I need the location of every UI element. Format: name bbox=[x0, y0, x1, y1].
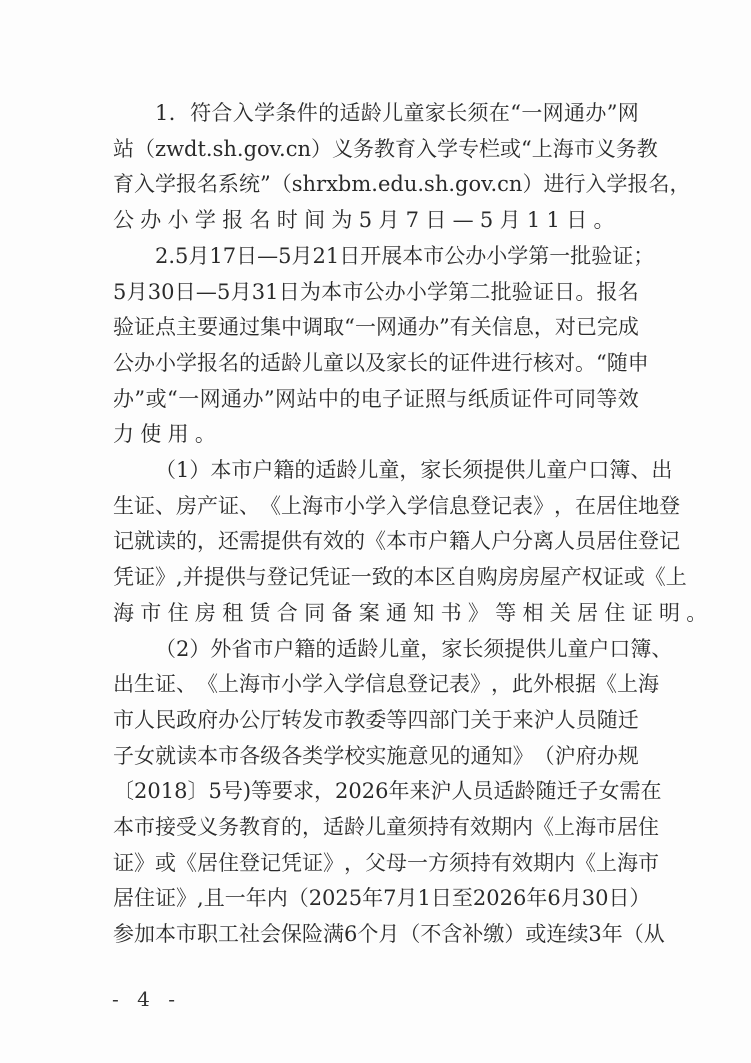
text-glyph: 籍 bbox=[294, 634, 315, 664]
text-glyph: 提 bbox=[260, 526, 281, 556]
text-glyph: 适 bbox=[260, 348, 281, 378]
text-glyph: 居 bbox=[617, 812, 638, 842]
text-glyph: 记 bbox=[659, 526, 680, 556]
text-glyph: 日 bbox=[175, 277, 196, 307]
text-glyph: 门 bbox=[450, 705, 471, 735]
text-glyph: 证 bbox=[113, 848, 134, 878]
text-glyph: 员 bbox=[575, 526, 596, 556]
text-glyph: 与 bbox=[246, 562, 267, 592]
text-glyph: 对 bbox=[555, 312, 576, 342]
text-glyph: ） bbox=[504, 919, 525, 949]
text-glyph: 供 bbox=[281, 526, 302, 556]
text-glyph: 市 bbox=[231, 455, 252, 485]
text-glyph: “ bbox=[344, 312, 355, 342]
text-glyph: 长 bbox=[462, 634, 483, 664]
text-glyph: 部 bbox=[428, 705, 449, 735]
text-glyph: ） bbox=[189, 455, 210, 485]
text-glyph: 学 bbox=[437, 134, 458, 164]
text-glyph: 月 bbox=[188, 241, 209, 271]
text-glyph: ， bbox=[534, 312, 555, 342]
text-glyph: 二 bbox=[469, 277, 490, 307]
text-glyph: 在 bbox=[575, 491, 596, 521]
text-glyph: 2025 bbox=[309, 883, 362, 913]
text-glyph: 证 bbox=[612, 241, 633, 271]
text-glyph: 教 bbox=[239, 812, 260, 842]
text-glyph: 分 bbox=[512, 526, 533, 556]
text-glyph: 儿 bbox=[546, 634, 567, 664]
text-glyph: 记 bbox=[113, 526, 134, 556]
text-glyph: 信 bbox=[428, 491, 449, 521]
text-glyph: 加 bbox=[134, 919, 155, 949]
text-glyph: 《 bbox=[260, 491, 281, 521]
text-glyph: 府 bbox=[576, 741, 597, 771]
text-glyph: 龄 bbox=[336, 455, 357, 485]
text-glyph: 行 bbox=[564, 169, 585, 199]
text-glyph: 批 bbox=[491, 277, 512, 307]
text-glyph: 》 bbox=[513, 741, 534, 771]
text-glyph: 簿 bbox=[609, 455, 630, 485]
text-glyph: 个 bbox=[357, 919, 378, 949]
text-glyph: 上 bbox=[666, 562, 687, 592]
text-glyph: 或 bbox=[624, 562, 645, 592]
text-glyph: 本 bbox=[197, 741, 218, 771]
text-glyph: 验 bbox=[512, 277, 533, 307]
text-glyph: 适 bbox=[493, 776, 514, 806]
text-glyph: 申 bbox=[628, 348, 649, 378]
text-glyph: 30 bbox=[148, 277, 175, 307]
text-glyph: ， bbox=[344, 848, 365, 878]
text-glyph: 海 bbox=[553, 134, 574, 164]
text-glyph: ， bbox=[197, 526, 218, 556]
text-glyph: 补 bbox=[462, 919, 483, 949]
text-glyph: 购 bbox=[477, 562, 498, 592]
text-glyph: 人 bbox=[470, 526, 491, 556]
text-glyph: 证 bbox=[449, 348, 470, 378]
text-glyph: 上 bbox=[218, 669, 239, 699]
text-glyph: 外 bbox=[533, 669, 554, 699]
text-glyph: 证 bbox=[134, 562, 155, 592]
text-glyph: 证 bbox=[511, 384, 532, 414]
text-line: 子女就读本市各级各类学校实施意见的通知》（沪府办规 bbox=[113, 741, 639, 771]
text-glyph: 名 bbox=[648, 169, 669, 199]
text-line: 证》或《居住登记凭证》，父母一方须持有效期内《上海市 bbox=[113, 848, 639, 878]
text-glyph: 同 bbox=[575, 384, 596, 414]
text-glyph: 入 bbox=[233, 98, 254, 128]
text-glyph: 社 bbox=[239, 919, 260, 949]
text-glyph: 学 bbox=[606, 169, 627, 199]
text-glyph: 办 bbox=[465, 241, 486, 271]
text-glyph: 育 bbox=[260, 812, 281, 842]
text-glyph: 知 bbox=[492, 741, 513, 771]
text-glyph: 读 bbox=[155, 526, 176, 556]
text-glyph: 月 bbox=[292, 241, 313, 271]
text-glyph: 内 bbox=[512, 812, 533, 842]
text-glyph: 栏 bbox=[479, 134, 500, 164]
text-glyph: ） bbox=[629, 883, 650, 913]
text-glyph: 子 bbox=[577, 776, 598, 806]
text-glyph: 家 bbox=[441, 634, 462, 664]
text-glyph: 中 bbox=[281, 312, 302, 342]
text-glyph: 童 bbox=[386, 812, 407, 842]
text-glyph: 务 bbox=[353, 134, 374, 164]
text-glyph: 的 bbox=[344, 526, 365, 556]
text-glyph: 。 bbox=[575, 277, 596, 307]
text-glyph: 女 bbox=[134, 741, 155, 771]
text-glyph: 见 bbox=[428, 741, 449, 771]
text-glyph: 育 bbox=[395, 134, 416, 164]
text-glyph: 产 bbox=[561, 562, 582, 592]
text-glyph: 市 bbox=[342, 277, 363, 307]
text-glyph: 来 bbox=[409, 776, 430, 806]
text-glyph: 读 bbox=[176, 741, 197, 771]
text-glyph: 市 bbox=[134, 812, 155, 842]
text-glyph: 生 bbox=[113, 491, 134, 521]
text-glyph: 此 bbox=[512, 669, 533, 699]
text-glyph: 月 bbox=[231, 277, 252, 307]
text-glyph: 教 bbox=[374, 134, 395, 164]
text-glyph: ， bbox=[669, 169, 690, 199]
text-glyph: 报 bbox=[197, 348, 218, 378]
text-glyph: 龄 bbox=[514, 776, 535, 806]
text-glyph: 公 bbox=[444, 241, 465, 271]
text-glyph: 校 bbox=[344, 741, 365, 771]
text-glyph: 父 bbox=[365, 848, 386, 878]
text-glyph: ， bbox=[399, 455, 420, 485]
text-glyph: ” bbox=[439, 312, 450, 342]
text-glyph: 儿 bbox=[357, 455, 378, 485]
text-glyph: 登 bbox=[239, 848, 260, 878]
text-glyph: 5 bbox=[208, 776, 221, 806]
text-glyph: 《 bbox=[197, 669, 218, 699]
text-glyph: 就 bbox=[155, 741, 176, 771]
text-glyph: 义 bbox=[197, 812, 218, 842]
text-glyph: 儿 bbox=[378, 634, 399, 664]
text-glyph: 公 bbox=[363, 277, 384, 307]
text-glyph: （ bbox=[534, 741, 555, 771]
text-glyph: 童 bbox=[399, 634, 420, 664]
text-glyph: 《 bbox=[596, 669, 617, 699]
text-glyph: 办 bbox=[385, 277, 406, 307]
text-glyph: 家 bbox=[425, 98, 446, 128]
text-glyph: 满 bbox=[323, 919, 344, 949]
text-glyph: 口 bbox=[609, 634, 630, 664]
text-glyph: ， bbox=[302, 812, 323, 842]
text-glyph: 网 bbox=[543, 98, 564, 128]
text-glyph: 须 bbox=[449, 848, 470, 878]
text-glyph: 居 bbox=[113, 883, 134, 913]
text-glyph: 质 bbox=[489, 384, 510, 414]
text-glyph: 童 bbox=[546, 455, 567, 485]
text-glyph: 、 bbox=[651, 634, 672, 664]
text-glyph: 1 bbox=[418, 883, 431, 913]
text-glyph: 月 bbox=[397, 883, 418, 913]
text-glyph: ） bbox=[189, 634, 210, 664]
text-glyph: — bbox=[257, 241, 278, 271]
text-glyph: 户 bbox=[491, 526, 512, 556]
text-glyph: 随 bbox=[607, 348, 628, 378]
text-glyph: 转 bbox=[281, 705, 302, 735]
text-glyph: 核 bbox=[533, 348, 554, 378]
text-glyph: 证 bbox=[330, 562, 351, 592]
text-line: 〔2018〕5号)等要求，2026年来沪人员适龄随迁子女需在 bbox=[113, 776, 639, 806]
text-glyph: 长 bbox=[446, 98, 467, 128]
text-glyph: 照 bbox=[425, 384, 446, 414]
text-glyph: 长 bbox=[407, 348, 428, 378]
text-glyph: 学 bbox=[155, 169, 176, 199]
text-glyph: 1 bbox=[176, 455, 189, 485]
text-glyph: 日 bbox=[279, 277, 300, 307]
text-glyph: 电 bbox=[361, 384, 382, 414]
text-glyph: 须 bbox=[407, 812, 428, 842]
text-glyph: 办 bbox=[585, 98, 606, 128]
text-glyph: 义 bbox=[595, 134, 616, 164]
text-glyph: 学 bbox=[365, 491, 386, 521]
text-line: 居住证》,且一年内（2025年7月1日至2026年6月30日） bbox=[113, 883, 639, 913]
text-glyph: 入 bbox=[134, 169, 155, 199]
text-line: 办”或“一网通办”网站中的电子证照与纸质证件可同等效 bbox=[113, 384, 639, 414]
text-glyph: 政 bbox=[176, 705, 197, 735]
text-glyph: 第 bbox=[528, 241, 549, 271]
text-glyph: 适 bbox=[339, 98, 360, 128]
text-glyph: 出 bbox=[651, 455, 672, 485]
text-glyph: 迁 bbox=[618, 705, 639, 735]
text-glyph: 海 bbox=[302, 491, 323, 521]
text-glyph: 本 bbox=[210, 455, 231, 485]
text-glyph: 关 bbox=[471, 705, 492, 735]
text-glyph: 有 bbox=[450, 312, 471, 342]
text-glyph: 本 bbox=[386, 526, 407, 556]
text-glyph: 各 bbox=[239, 741, 260, 771]
text-glyph: 中 bbox=[318, 384, 339, 414]
text-glyph: 以 bbox=[344, 348, 365, 378]
text-glyph: 息 bbox=[513, 312, 534, 342]
text-glyph: 统 bbox=[239, 169, 260, 199]
text-glyph: 要 bbox=[272, 776, 293, 806]
text-glyph: 居 bbox=[596, 526, 617, 556]
text-line: 本市接受义务教育的，适龄儿童须持有效期内《上海市居住 bbox=[113, 812, 639, 842]
text-glyph: ） bbox=[522, 169, 543, 199]
text-glyph: 件 bbox=[297, 98, 318, 128]
text-glyph: 适 bbox=[336, 634, 357, 664]
text-glyph: 小 bbox=[155, 348, 176, 378]
text-glyph: 2 bbox=[176, 634, 189, 664]
text-glyph: 年 bbox=[526, 883, 547, 913]
text-glyph: 完 bbox=[597, 312, 618, 342]
text-glyph: 《 bbox=[176, 848, 197, 878]
text-glyph: 产 bbox=[197, 491, 218, 521]
text-glyph: 自 bbox=[456, 562, 477, 592]
text-line: 1．符合入学条件的适龄儿童家长须在“一网通办”网 bbox=[155, 98, 639, 128]
text-glyph: 一 bbox=[521, 98, 542, 128]
text-glyph: 登 bbox=[407, 669, 428, 699]
text-glyph: 通 bbox=[397, 312, 418, 342]
text-glyph: 发 bbox=[302, 705, 323, 735]
text-glyph: 户 bbox=[588, 634, 609, 664]
text-glyph: （ bbox=[155, 634, 176, 664]
text-glyph: 簿 bbox=[630, 634, 651, 664]
text-glyph: 凭 bbox=[281, 848, 302, 878]
text-glyph: 供 bbox=[225, 562, 246, 592]
text-glyph: （ bbox=[623, 919, 644, 949]
text-glyph: — bbox=[196, 277, 217, 307]
text-glyph: 童 bbox=[378, 455, 399, 485]
text-glyph: 至 bbox=[452, 883, 473, 913]
text-glyph: 《 bbox=[365, 526, 386, 556]
text-glyph: 凭 bbox=[113, 562, 134, 592]
text-glyph: 调 bbox=[302, 312, 323, 342]
text-glyph: 点 bbox=[155, 312, 176, 342]
text-glyph: 人 bbox=[554, 526, 575, 556]
text-glyph: 报 bbox=[627, 169, 648, 199]
text-glyph: 名 bbox=[218, 348, 239, 378]
text-glyph: 7 bbox=[383, 883, 396, 913]
text-glyph: 员 bbox=[576, 705, 597, 735]
text-glyph: 务 bbox=[218, 812, 239, 842]
text-glyph: 委 bbox=[365, 705, 386, 735]
text-glyph: 住 bbox=[218, 848, 239, 878]
text-glyph: 5 bbox=[217, 277, 230, 307]
text-glyph: 沪 bbox=[430, 776, 451, 806]
text-glyph: 名 bbox=[197, 169, 218, 199]
text-glyph: 2026 bbox=[473, 883, 526, 913]
text-glyph: 本 bbox=[113, 812, 134, 842]
text-glyph: 致 bbox=[372, 562, 393, 592]
text-glyph: 可 bbox=[554, 384, 575, 414]
text-glyph: 上 bbox=[281, 491, 302, 521]
text-glyph: 上 bbox=[617, 669, 638, 699]
text-glyph: 在 bbox=[640, 776, 661, 806]
text-line: 2.5月17日—5月21日开展本市公办小学第一批验证； bbox=[155, 241, 639, 271]
text-glyph: 本 bbox=[155, 919, 176, 949]
text-glyph: 厅 bbox=[260, 705, 281, 735]
text-glyph: 就 bbox=[134, 526, 155, 556]
text-glyph: 居 bbox=[197, 848, 218, 878]
text-glyph: 期 bbox=[491, 812, 512, 842]
text-glyph: 的 bbox=[315, 634, 336, 664]
text-glyph: ， bbox=[420, 634, 441, 664]
text-glyph: （ bbox=[155, 455, 176, 485]
text-glyph: 规 bbox=[618, 741, 639, 771]
text-glyph: 市 bbox=[323, 491, 344, 521]
text-glyph: 验 bbox=[591, 241, 612, 271]
text-glyph: 市 bbox=[252, 634, 273, 664]
text-glyph: 证 bbox=[155, 883, 176, 913]
text-glyph: 〕 bbox=[187, 776, 208, 806]
text-glyph: 6 bbox=[344, 919, 357, 949]
text-glyph: 条 bbox=[275, 98, 296, 128]
text-glyph: 办 bbox=[113, 384, 134, 414]
text-glyph: 求 bbox=[293, 776, 314, 806]
text-line: 凭证》,并提供与登记凭证一致的本区自购房房屋产权证或《上 bbox=[113, 562, 639, 592]
text-glyph: 海 bbox=[239, 669, 260, 699]
text-glyph: 的 bbox=[281, 812, 302, 842]
text-glyph: 长 bbox=[441, 455, 462, 485]
text-glyph: 展 bbox=[381, 241, 402, 271]
text-glyph: 受 bbox=[176, 812, 197, 842]
text-glyph: 的 bbox=[239, 348, 260, 378]
page-number: - 4 - bbox=[112, 986, 181, 1012]
text-glyph: 一 bbox=[178, 384, 199, 414]
text-glyph: 与 bbox=[446, 384, 467, 414]
text-glyph: 级 bbox=[260, 741, 281, 771]
text-line: 参加本市职工社会保险满6个月（不含补缴）或连续3年（从 bbox=[113, 919, 639, 949]
text-glyph: （ bbox=[399, 919, 420, 949]
text-glyph: 》 bbox=[533, 491, 554, 521]
text-glyph: 来 bbox=[513, 705, 534, 735]
text-glyph: 离 bbox=[533, 526, 554, 556]
text-glyph: 不 bbox=[420, 919, 441, 949]
text-glyph: 小 bbox=[344, 491, 365, 521]
text-glyph: ” bbox=[260, 169, 271, 199]
text-glyph: 户 bbox=[428, 526, 449, 556]
text-glyph: 日 bbox=[236, 241, 257, 271]
text-glyph: 一 bbox=[351, 562, 372, 592]
text-glyph: 口 bbox=[588, 455, 609, 485]
text-glyph: 内 bbox=[267, 883, 288, 913]
text-glyph: 权 bbox=[582, 562, 603, 592]
text-glyph: 1 bbox=[155, 98, 168, 128]
text-glyph: 对 bbox=[554, 348, 575, 378]
text-glyph: 各 bbox=[281, 741, 302, 771]
text-glyph: “ bbox=[510, 98, 521, 128]
text-glyph: 籍 bbox=[449, 526, 470, 556]
text-glyph: 住 bbox=[617, 491, 638, 521]
text-glyph: 险 bbox=[302, 919, 323, 949]
text-glyph: 籍 bbox=[273, 455, 294, 485]
text-glyph: 证 bbox=[404, 384, 425, 414]
text-glyph: 施 bbox=[386, 741, 407, 771]
text-glyph: 市 bbox=[638, 848, 659, 878]
text-glyph: 证 bbox=[603, 562, 624, 592]
text-glyph: 办 bbox=[218, 705, 239, 735]
text-glyph: ” bbox=[607, 98, 618, 128]
text-glyph: 符 bbox=[190, 98, 211, 128]
text-glyph: 市 bbox=[407, 526, 428, 556]
text-glyph: 进 bbox=[491, 348, 512, 378]
text-glyph: 府 bbox=[197, 705, 218, 735]
text-glyph: 网 bbox=[275, 384, 296, 414]
text-glyph: 家 bbox=[420, 455, 441, 485]
text-glyph: , bbox=[176, 562, 183, 592]
text-glyph: 一 bbox=[407, 848, 428, 878]
text-line: 育入学报名系统”（shrxbm.edu.sh.gov.cn）进行入学报名， bbox=[113, 169, 639, 199]
text-glyph: 需 bbox=[239, 526, 260, 556]
text-glyph: 证 bbox=[533, 277, 554, 307]
text-glyph: 市 bbox=[423, 241, 444, 271]
text-glyph: 据 bbox=[575, 669, 596, 699]
text-glyph: 或 bbox=[525, 919, 546, 949]
text-line: 生证、房产证、《上海市小学入学信息登记表》，在居住地登 bbox=[113, 491, 639, 521]
text-glyph: 凭 bbox=[309, 562, 330, 592]
text-glyph: 本 bbox=[402, 241, 423, 271]
text-glyph: 的 bbox=[450, 741, 471, 771]
text-glyph: 公 bbox=[239, 705, 260, 735]
text-glyph: 的 bbox=[294, 455, 315, 485]
text-glyph: 实 bbox=[365, 741, 386, 771]
text-glyph: 学 bbox=[323, 741, 344, 771]
text-glyph: 要 bbox=[197, 312, 218, 342]
text-glyph: 民 bbox=[155, 705, 176, 735]
text-glyph: 》 bbox=[155, 562, 176, 592]
text-glyph: 、 bbox=[176, 669, 197, 699]
text-glyph: 记 bbox=[260, 848, 281, 878]
text-glyph: 等 bbox=[251, 776, 272, 806]
text-glyph: shrxbm.edu.sh.gov.cn bbox=[292, 169, 523, 199]
text-glyph: 学 bbox=[344, 669, 365, 699]
text-glyph: 等 bbox=[386, 705, 407, 735]
document-page: 1．符合入学条件的适龄儿童家长须在“一网通办”网站（zwdt.sh.gov.cn… bbox=[0, 0, 751, 1063]
text-glyph: 记 bbox=[491, 491, 512, 521]
